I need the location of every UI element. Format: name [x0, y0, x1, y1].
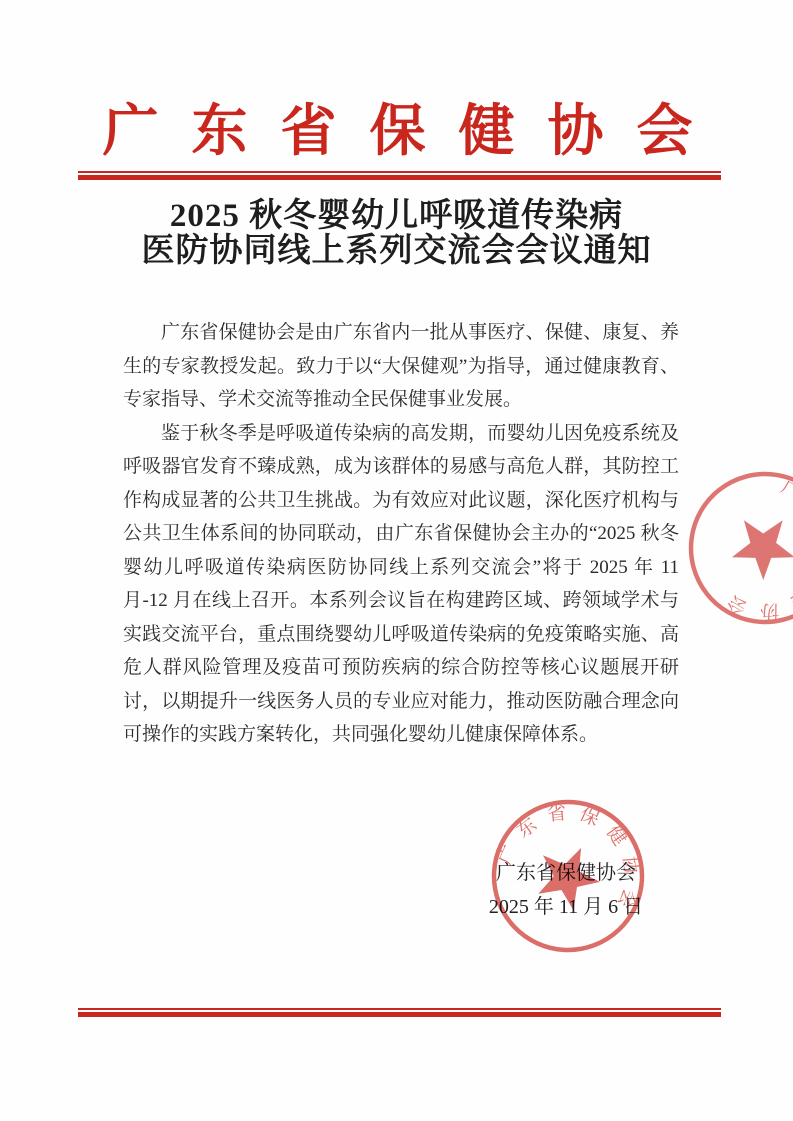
letterhead-rule-thick [78, 175, 721, 180]
notice-document-page: 广东省保健协会 2025 秋冬婴幼儿呼吸道传染病 医防协同线上系列交流会会议通知… [0, 0, 793, 1121]
letterhead-org-name: 广东省保健协会 [0, 102, 793, 162]
signature-org-name: 广东省保健协会 [446, 861, 686, 885]
document-title: 2025 秋冬婴幼儿呼吸道传染病 医防协同线上系列交流会会议通知 [0, 199, 793, 269]
signature-block: 广东省保健协会 2025 年 11 月 6 日 [446, 861, 686, 919]
seal-ring [664, 447, 793, 649]
footer-divider [78, 1008, 721, 1017]
five-pointed-star-icon [728, 509, 793, 587]
notice-body: 广东省保健协会是由广东省内一批从事医疗、保健、康复、养生的专家教授发起。致力于以… [123, 316, 679, 752]
svg-text:广东省保健协会: 广东省保健协会 [714, 476, 793, 650]
document-title-line-2: 医防协同线上系列交流会会议通知 [0, 234, 793, 269]
document-title-line-1: 2025 秋冬婴幼儿呼吸道传染病 [0, 199, 793, 234]
footer-rule-thick [78, 1012, 721, 1017]
letterhead-divider [78, 171, 721, 180]
body-paragraph-1: 广东省保健协会是由广东省内一批从事医疗、保健、康复、养生的专家教授发起。致力于以… [123, 316, 679, 417]
body-paragraph-2: 鉴于秋冬季是呼吸道传染病的高发期，而婴幼儿因免疫系统及呼吸器官发育不臻成熟，成为… [123, 417, 679, 752]
seal-arc-text: 广东省保健协会 [714, 476, 793, 650]
signature-date: 2025 年 11 月 6 日 [446, 895, 686, 919]
